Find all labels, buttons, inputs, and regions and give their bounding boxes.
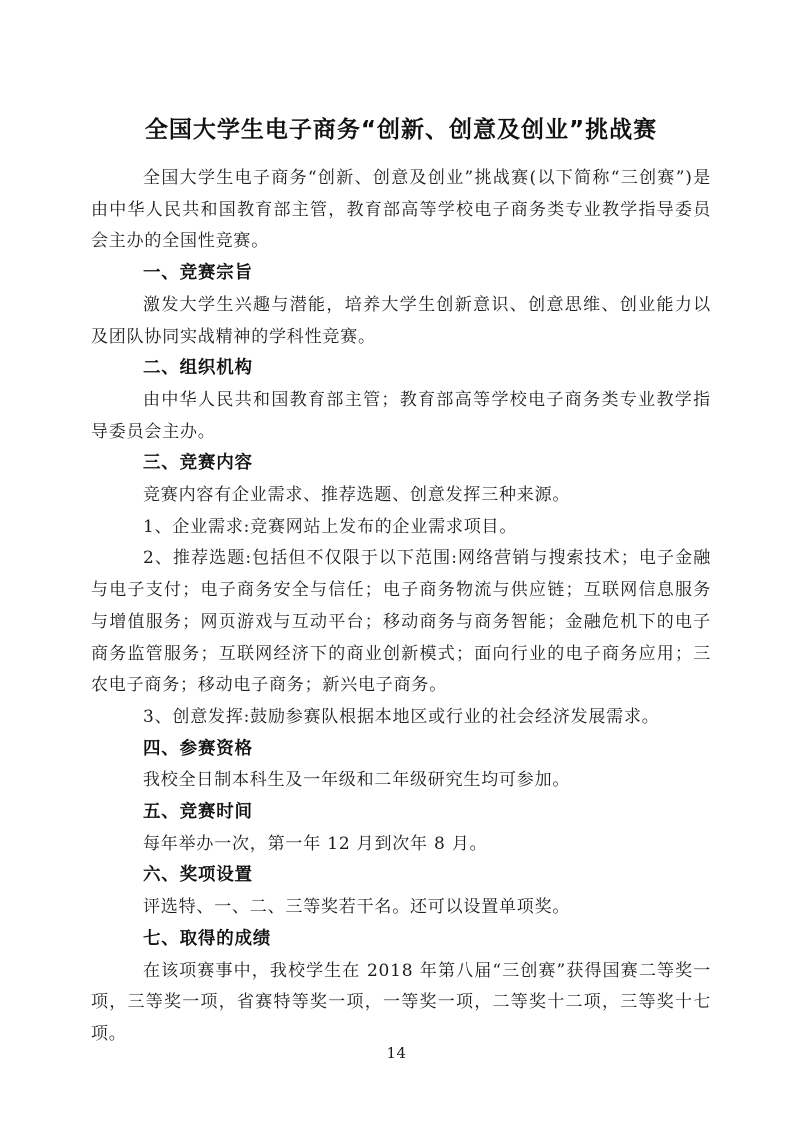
paragraph: 由中华人民共和国教育部主管；教育部高等学校电子商务类专业教学指导委员会主办。 <box>91 385 711 448</box>
paragraph: 竞赛内容有企业需求、推荐选题、创意发挥三种来源。 <box>91 480 711 512</box>
section-heading: 二、组织机构 <box>91 353 711 385</box>
page-title: 全国大学生电子商务“创新、创意及创业”挑战赛 <box>91 112 711 149</box>
section-heading: 四、参赛资格 <box>91 734 711 766</box>
section-heading: 三、竞赛内容 <box>91 448 711 480</box>
page-number: 14 <box>0 1044 793 1062</box>
section-heading: 一、竞赛宗旨 <box>91 258 711 290</box>
document-content: 全国大学生电子商务“创新、创意及创业”挑战赛(以下简称“三创赛”)是由中华人民共… <box>91 163 711 1051</box>
paragraph: 在该项赛事中，我校学生在 2018 年第八届“三创赛”获得国赛二等奖一项，三等奖… <box>91 956 711 1051</box>
section-heading: 五、竞赛时间 <box>91 797 711 829</box>
document-page: 全国大学生电子商务“创新、创意及创业”挑战赛 全国大学生电子商务“创新、创意及创… <box>0 0 793 1122</box>
paragraph: 全国大学生电子商务“创新、创意及创业”挑战赛(以下简称“三创赛”)是由中华人民共… <box>91 163 711 258</box>
section-heading: 七、取得的成绩 <box>91 924 711 956</box>
paragraph: 1、企业需求:竞赛网站上发布的企业需求项目。 <box>91 512 711 544</box>
document-body: 全国大学生电子商务“创新、创意及创业”挑战赛 全国大学生电子商务“创新、创意及创… <box>91 112 711 1051</box>
section-heading: 六、奖项设置 <box>91 860 711 892</box>
paragraph: 每年举办一次，第一年 12 月到次年 8 月。 <box>91 829 711 861</box>
paragraph: 激发大学生兴趣与潜能，培养大学生创新意识、创意思维、创业能力以及团队协同实战精神… <box>91 290 711 353</box>
paragraph: 2、推荐选题:包括但不仅限于以下范围:网络营销与搜索技术；电子金融与电子支付；电… <box>91 543 711 702</box>
paragraph: 评选特、一、二、三等奖若干名。还可以设置单项奖。 <box>91 892 711 924</box>
paragraph: 我校全日制本科生及一年级和二年级研究生均可参加。 <box>91 765 711 797</box>
paragraph: 3、创意发挥:鼓励参赛队根据本地区或行业的社会经济发展需求。 <box>91 702 711 734</box>
